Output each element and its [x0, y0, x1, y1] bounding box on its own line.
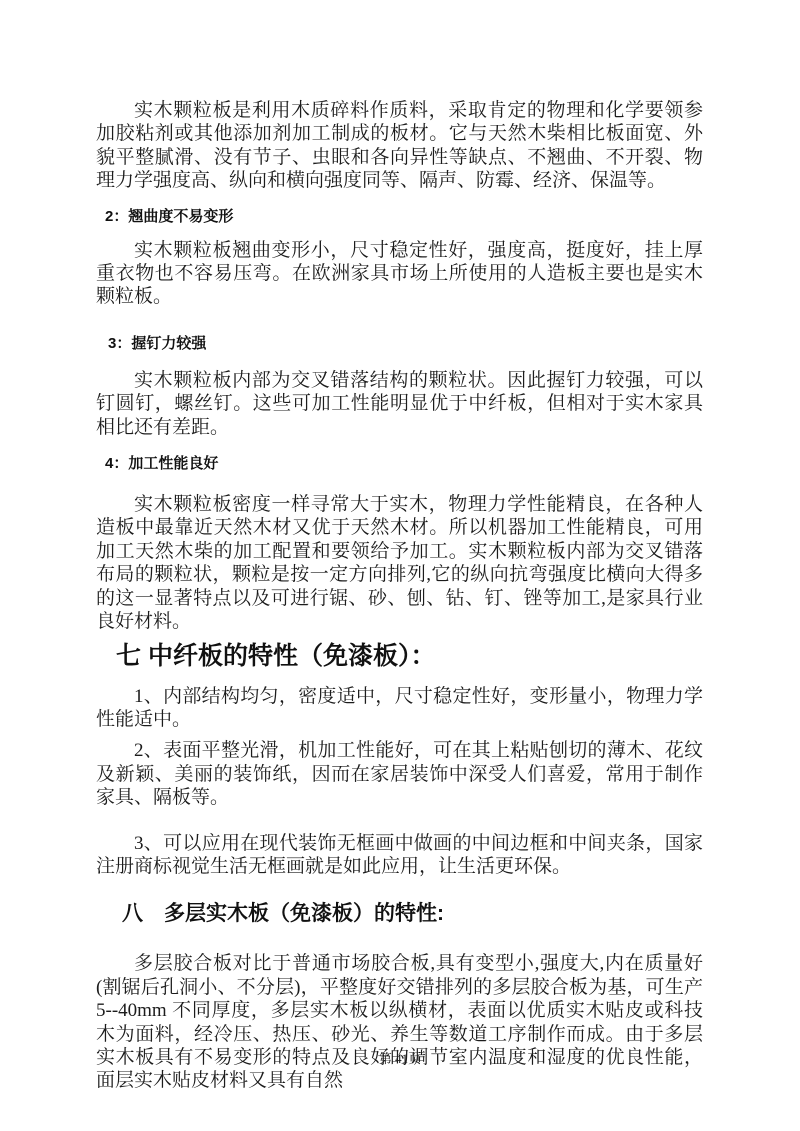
document-content: 实木颗粒板是利用木质碎料作质料，采取肯定的物理和化学要领参加胶粘剂或其他添加剂加… [96, 0, 703, 1093]
section-heading-3-nail-holding: 3：握钉力较强 [108, 334, 703, 354]
section-heading-2-warp-resistance: 2：翘曲度不易变形 [105, 207, 703, 227]
paragraph-nail-holding: 实木颗粒板内部为交叉错落结构的颗粒状。因此握钉力较强，可以钉圆钉，螺丝钉。这些可… [96, 369, 703, 439]
paragraph-mdf-point-2: 2、表面平整光滑，机加工性能好，可在其上粘贴刨切的薄木、花纹及新颖、美丽的装饰纸… [96, 739, 703, 809]
paragraph-mdf-point-3: 3、可以应用在现代装饰无框画中做画的中间边框和中间夹条，国家注册商标视觉生活无框… [96, 832, 703, 879]
paragraph-warp-resistance: 实木颗粒板翘曲变形小，尺寸稳定性好，强度高，挺度好，挂上厚重衣物也不容易压弯。在… [96, 239, 703, 309]
paragraph-particle-board-intro: 实木颗粒板是利用木质碎料作质料，采取肯定的物理和化学要领参加胶粘剂或其他添加剂加… [96, 99, 703, 193]
chapter-heading-7-mdf-characteristics: 七 中纤板的特性（免漆板）： [116, 641, 703, 671]
chapter-heading-8-multilayer-board: 八 多层实木板（免漆板）的特性: [122, 901, 703, 927]
document-page: 实木颗粒板是利用木质碎料作质料，采取肯定的物理和化学要领参加胶粘剂或其他添加剂加… [0, 0, 800, 1131]
section-heading-4-machinability: 4：加工性能良好 [105, 454, 703, 474]
paragraph-machinability: 实木颗粒板密度一样寻常大于实木，物理力学性能精良，在各种人造板中最靠近天然木材又… [96, 493, 703, 633]
page-number: 第 41页 [0, 1050, 800, 1067]
paragraph-multilayer-board: 多层胶合板对比于普通市场胶合板,具有变型小,强度大,内在质量好(割锯后孔洞小、不… [96, 952, 703, 1092]
paragraph-mdf-point-1: 1、内部结构均匀，密度适中，尺寸稳定性好，变形量小，物理力学性能适中。 [96, 685, 703, 732]
